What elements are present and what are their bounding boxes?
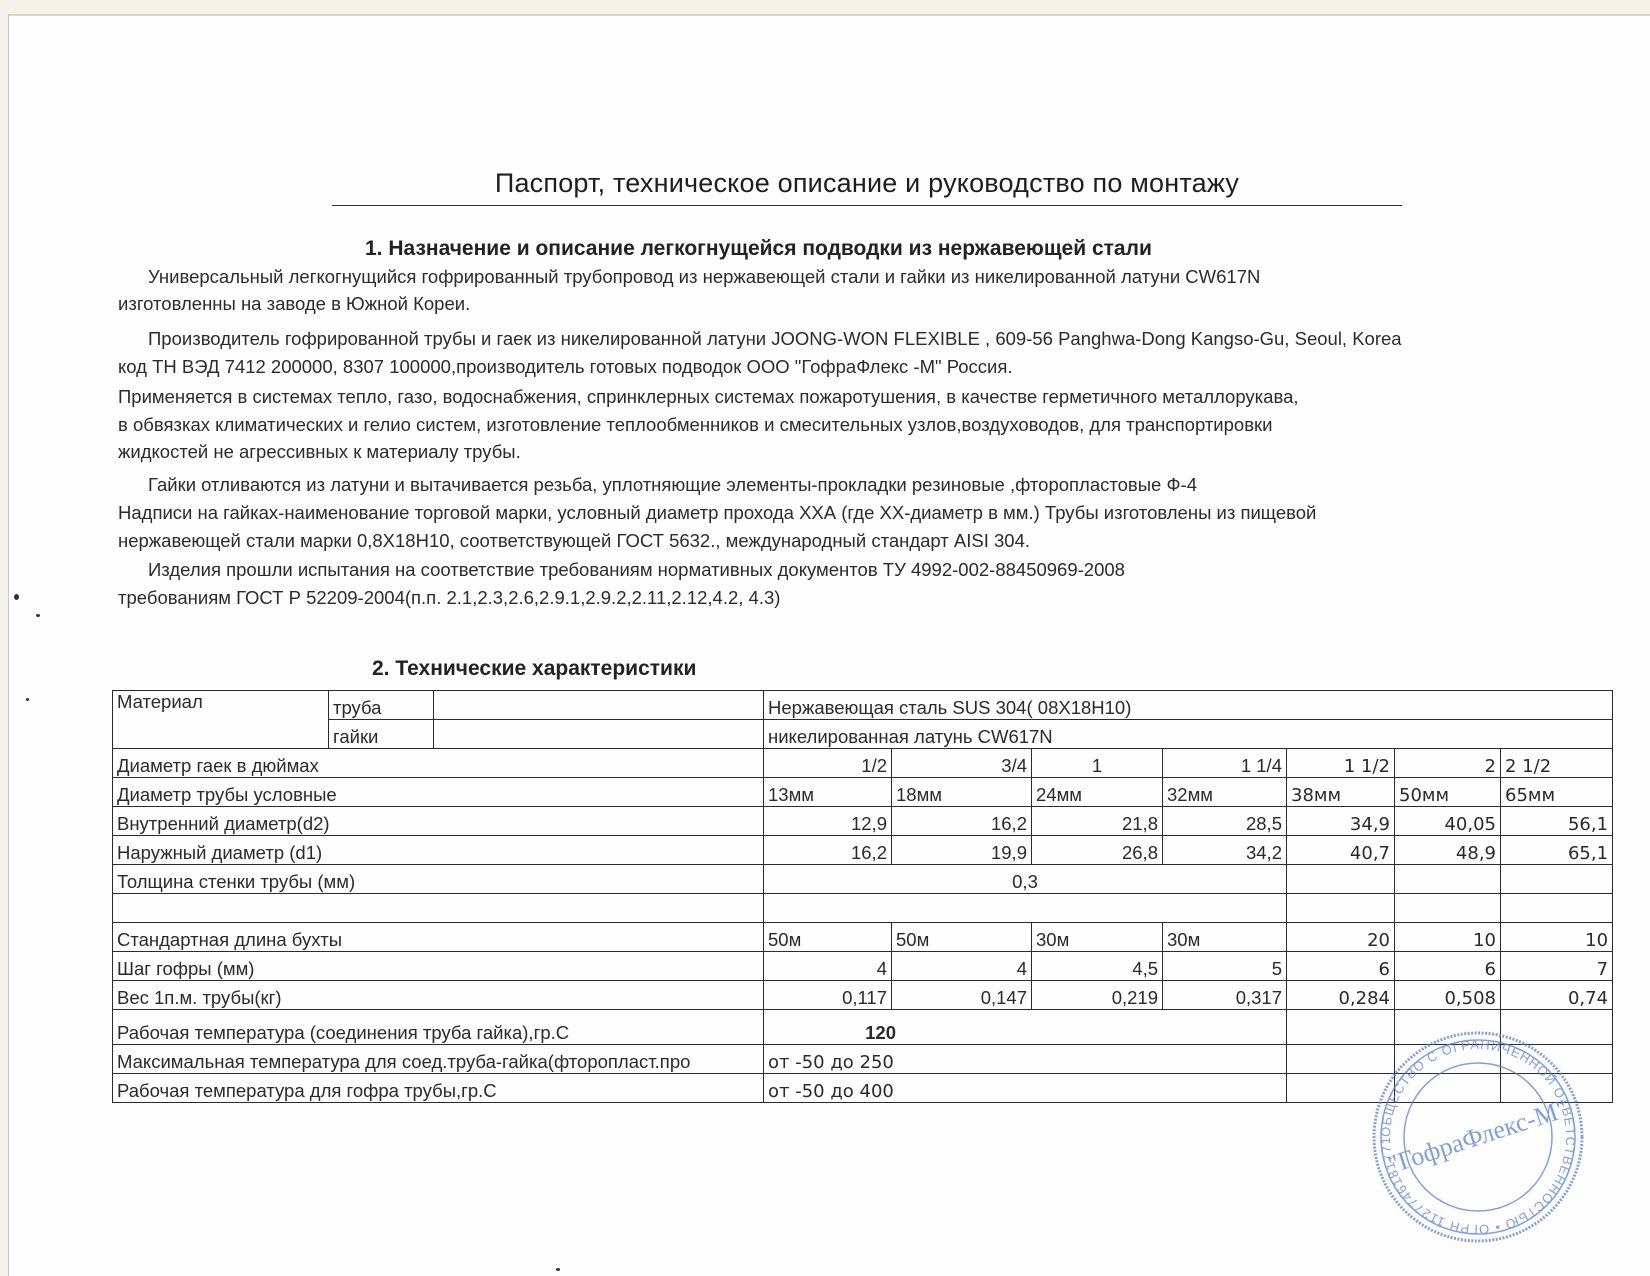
nuts-label: гайки	[329, 720, 434, 749]
empty-cell	[1501, 865, 1613, 894]
paragraph-line: Применяется в системах тепло, газо, водо…	[118, 386, 1299, 408]
row-value: 1	[1032, 749, 1163, 778]
empty-cell	[1395, 1045, 1501, 1074]
row-value: 5	[1163, 952, 1287, 981]
row-value: 16,2	[892, 807, 1032, 836]
row-value: 3/4	[892, 749, 1032, 778]
row-value: 0,117	[764, 981, 892, 1010]
row-value: 0,508	[1395, 981, 1501, 1010]
empty-cell	[1287, 865, 1395, 894]
row-value: 6	[1395, 952, 1501, 981]
row-value: 0,219	[1032, 981, 1163, 1010]
row-merged-value: от -50 до 400	[764, 1074, 1287, 1103]
paragraph-line: требованиям ГОСТ Р 52209-2004(п.п. 2.1,2…	[118, 587, 780, 609]
row-value: 10	[1395, 923, 1501, 952]
row-label: Внутренний диаметр(d2)	[113, 807, 764, 836]
table-row: Диаметр трубы условные13мм18мм24мм32мм38…	[113, 778, 1613, 807]
row-value: 4,5	[1032, 952, 1163, 981]
row-label: Рабочая температура (соединения труба га…	[113, 1010, 764, 1045]
row-value: 0,317	[1163, 981, 1287, 1010]
row-value: 32мм	[1163, 778, 1287, 807]
table-row: Диаметр гаек в дюймах1/23/411 1/41 1/222…	[113, 749, 1613, 778]
row-label: Толщина стенки трубы (мм)	[113, 865, 764, 894]
empty-cell	[1501, 1074, 1613, 1103]
empty-cell	[1501, 1045, 1613, 1074]
row-value: 4	[764, 952, 892, 981]
paragraph-line: Производитель гофрированной трубы и гаек…	[148, 328, 1402, 350]
table-row: Шаг гофры (мм)444,55667	[113, 952, 1613, 981]
row-merged-value: от -50 до 250	[764, 1045, 1287, 1074]
specifications-table: Материал труба Нержавеющая сталь SUS 304…	[112, 690, 1613, 1103]
section2-heading: 2. Технические характеристики	[372, 657, 696, 681]
row-value: 1 1/4	[1163, 749, 1287, 778]
row-label: Максимальная температура для соед.труба-…	[113, 1045, 764, 1074]
pipe-material-value: Нержавеющая сталь SUS 304( 08Х18Н10)	[764, 691, 1613, 720]
table-row: Внутренний диаметр(d2)12,916,221,828,534…	[113, 807, 1613, 836]
material-label: Материал	[113, 691, 329, 749]
row-value: 20	[1287, 923, 1395, 952]
empty-cell	[1287, 1010, 1395, 1045]
row-value: 1/2	[764, 749, 892, 778]
paragraph-line: Универсальный легкогнущийся гофрированны…	[148, 266, 1260, 288]
row-value: 34,9	[1287, 807, 1395, 836]
empty-cell	[1287, 1045, 1395, 1074]
table-row: Наружный диаметр (d1)16,219,926,834,240,…	[113, 836, 1613, 865]
empty-cell	[1501, 894, 1613, 923]
table-row: Толщина стенки трубы (мм)0,3	[113, 865, 1613, 894]
row-value: 0,284	[1287, 981, 1395, 1010]
row-merged-value: 120	[764, 1010, 1287, 1045]
empty-cell	[1395, 865, 1501, 894]
row-value: 21,8	[1032, 807, 1163, 836]
row-merged-value: 0,3	[764, 865, 1287, 894]
table-row: Рабочая температура (соединения труба га…	[113, 1010, 1613, 1045]
empty-cell	[434, 691, 764, 720]
paragraph-line: Надписи на гайках-наименование торговой …	[118, 502, 1316, 524]
scan-speck	[26, 698, 29, 701]
row-value: 40,7	[1287, 836, 1395, 865]
row-value: 48,9	[1395, 836, 1501, 865]
row-value: 12,9	[764, 807, 892, 836]
row-value: 28,5	[1163, 807, 1287, 836]
row-value: 30м	[1032, 923, 1163, 952]
row-value: 6	[1287, 952, 1395, 981]
row-label: Вес 1п.м. трубы(кг)	[113, 981, 764, 1010]
row-value: 10	[1501, 923, 1613, 952]
paragraph-line: изготовленны на заводе в Южной Кореи.	[118, 293, 470, 315]
row-value: 7	[1501, 952, 1613, 981]
row-value: 26,8	[1032, 836, 1163, 865]
row-value: 19,9	[892, 836, 1032, 865]
table-row: Максимальная температура для соед.труба-…	[113, 1045, 1613, 1074]
row-label: Шаг гофры (мм)	[113, 952, 764, 981]
table-row: Стандартная длина бухты50м50м30м30м20101…	[113, 923, 1613, 952]
row-label: Наружный диаметр (d1)	[113, 836, 764, 865]
row-label: Стандартная длина бухты	[113, 923, 764, 952]
row-value: 0,147	[892, 981, 1032, 1010]
row-value: 0,74	[1501, 981, 1613, 1010]
row-label: Диаметр трубы условные	[113, 778, 764, 807]
paragraph-line: Изделия прошли испытания на соответствие…	[148, 559, 1125, 581]
title-underline	[332, 205, 1402, 206]
row-label: Диаметр гаек в дюймах	[113, 749, 764, 778]
row-value: 24мм	[1032, 778, 1163, 807]
empty-cell	[1287, 894, 1395, 923]
scan-speck	[14, 594, 19, 600]
row-value: 2	[1395, 749, 1501, 778]
row-value: 2 1/2	[1501, 749, 1613, 778]
nuts-material-value: никелированная латунь CW617N	[764, 720, 1613, 749]
row-label: Рабочая температура для гофра трубы,гр.С	[113, 1074, 764, 1103]
paragraph-line: жидкостей не агрессивных к материалу тру…	[118, 441, 521, 463]
document-title: Паспорт, техническое описание и руководс…	[332, 168, 1402, 199]
row-label	[113, 894, 764, 923]
scan-speck	[36, 614, 40, 617]
table-row	[113, 894, 1613, 923]
row-value: 50м	[892, 923, 1032, 952]
row-value: 38мм	[1287, 778, 1395, 807]
empty-cell	[434, 720, 764, 749]
row-value: 56,1	[1501, 807, 1613, 836]
row-value: 50мм	[1395, 778, 1501, 807]
row-value: 40,05	[1395, 807, 1501, 836]
scan-speck	[556, 1268, 560, 1271]
row-value: 65мм	[1501, 778, 1613, 807]
row-value: 1 1/2	[1287, 749, 1395, 778]
row-value: 13мм	[764, 778, 892, 807]
table-row: Вес 1п.м. трубы(кг)0,1170,1470,2190,3170…	[113, 981, 1613, 1010]
row-value: 16,2	[764, 836, 892, 865]
row-value: 30м	[1163, 923, 1287, 952]
empty-cell	[1395, 1074, 1501, 1103]
section1-heading: 1. Назначение и описание легкогнущейся п…	[365, 237, 1152, 261]
paragraph-line: в обвязках климатических и гелио систем,…	[118, 414, 1272, 436]
row-value: 4	[892, 952, 1032, 981]
paragraph-line: нержавеющей стали марки 0,8Х18Н10, соотв…	[118, 530, 1030, 552]
empty-cell	[1501, 1010, 1613, 1045]
row-value: 50м	[764, 923, 892, 952]
table-row-material-nuts: гайки никелированная латунь CW617N	[113, 720, 1613, 749]
table-row-material-pipe: Материал труба Нержавеющая сталь SUS 304…	[113, 691, 1613, 720]
paragraph-line: код ТН ВЭД 7412 200000, 8307 100000,прои…	[118, 356, 1013, 378]
empty-cell	[1287, 1074, 1395, 1103]
paragraph-line: Гайки отливаются из латуни и вытачиваетс…	[148, 474, 1197, 496]
row-value: 65,1	[1501, 836, 1613, 865]
empty-cell	[764, 894, 1287, 923]
empty-cell	[1395, 894, 1501, 923]
row-value: 18мм	[892, 778, 1032, 807]
row-value: 34,2	[1163, 836, 1287, 865]
pipe-label: труба	[329, 691, 434, 720]
table-row: Рабочая температура для гофра трубы,гр.С…	[113, 1074, 1613, 1103]
empty-cell	[1395, 1010, 1501, 1045]
